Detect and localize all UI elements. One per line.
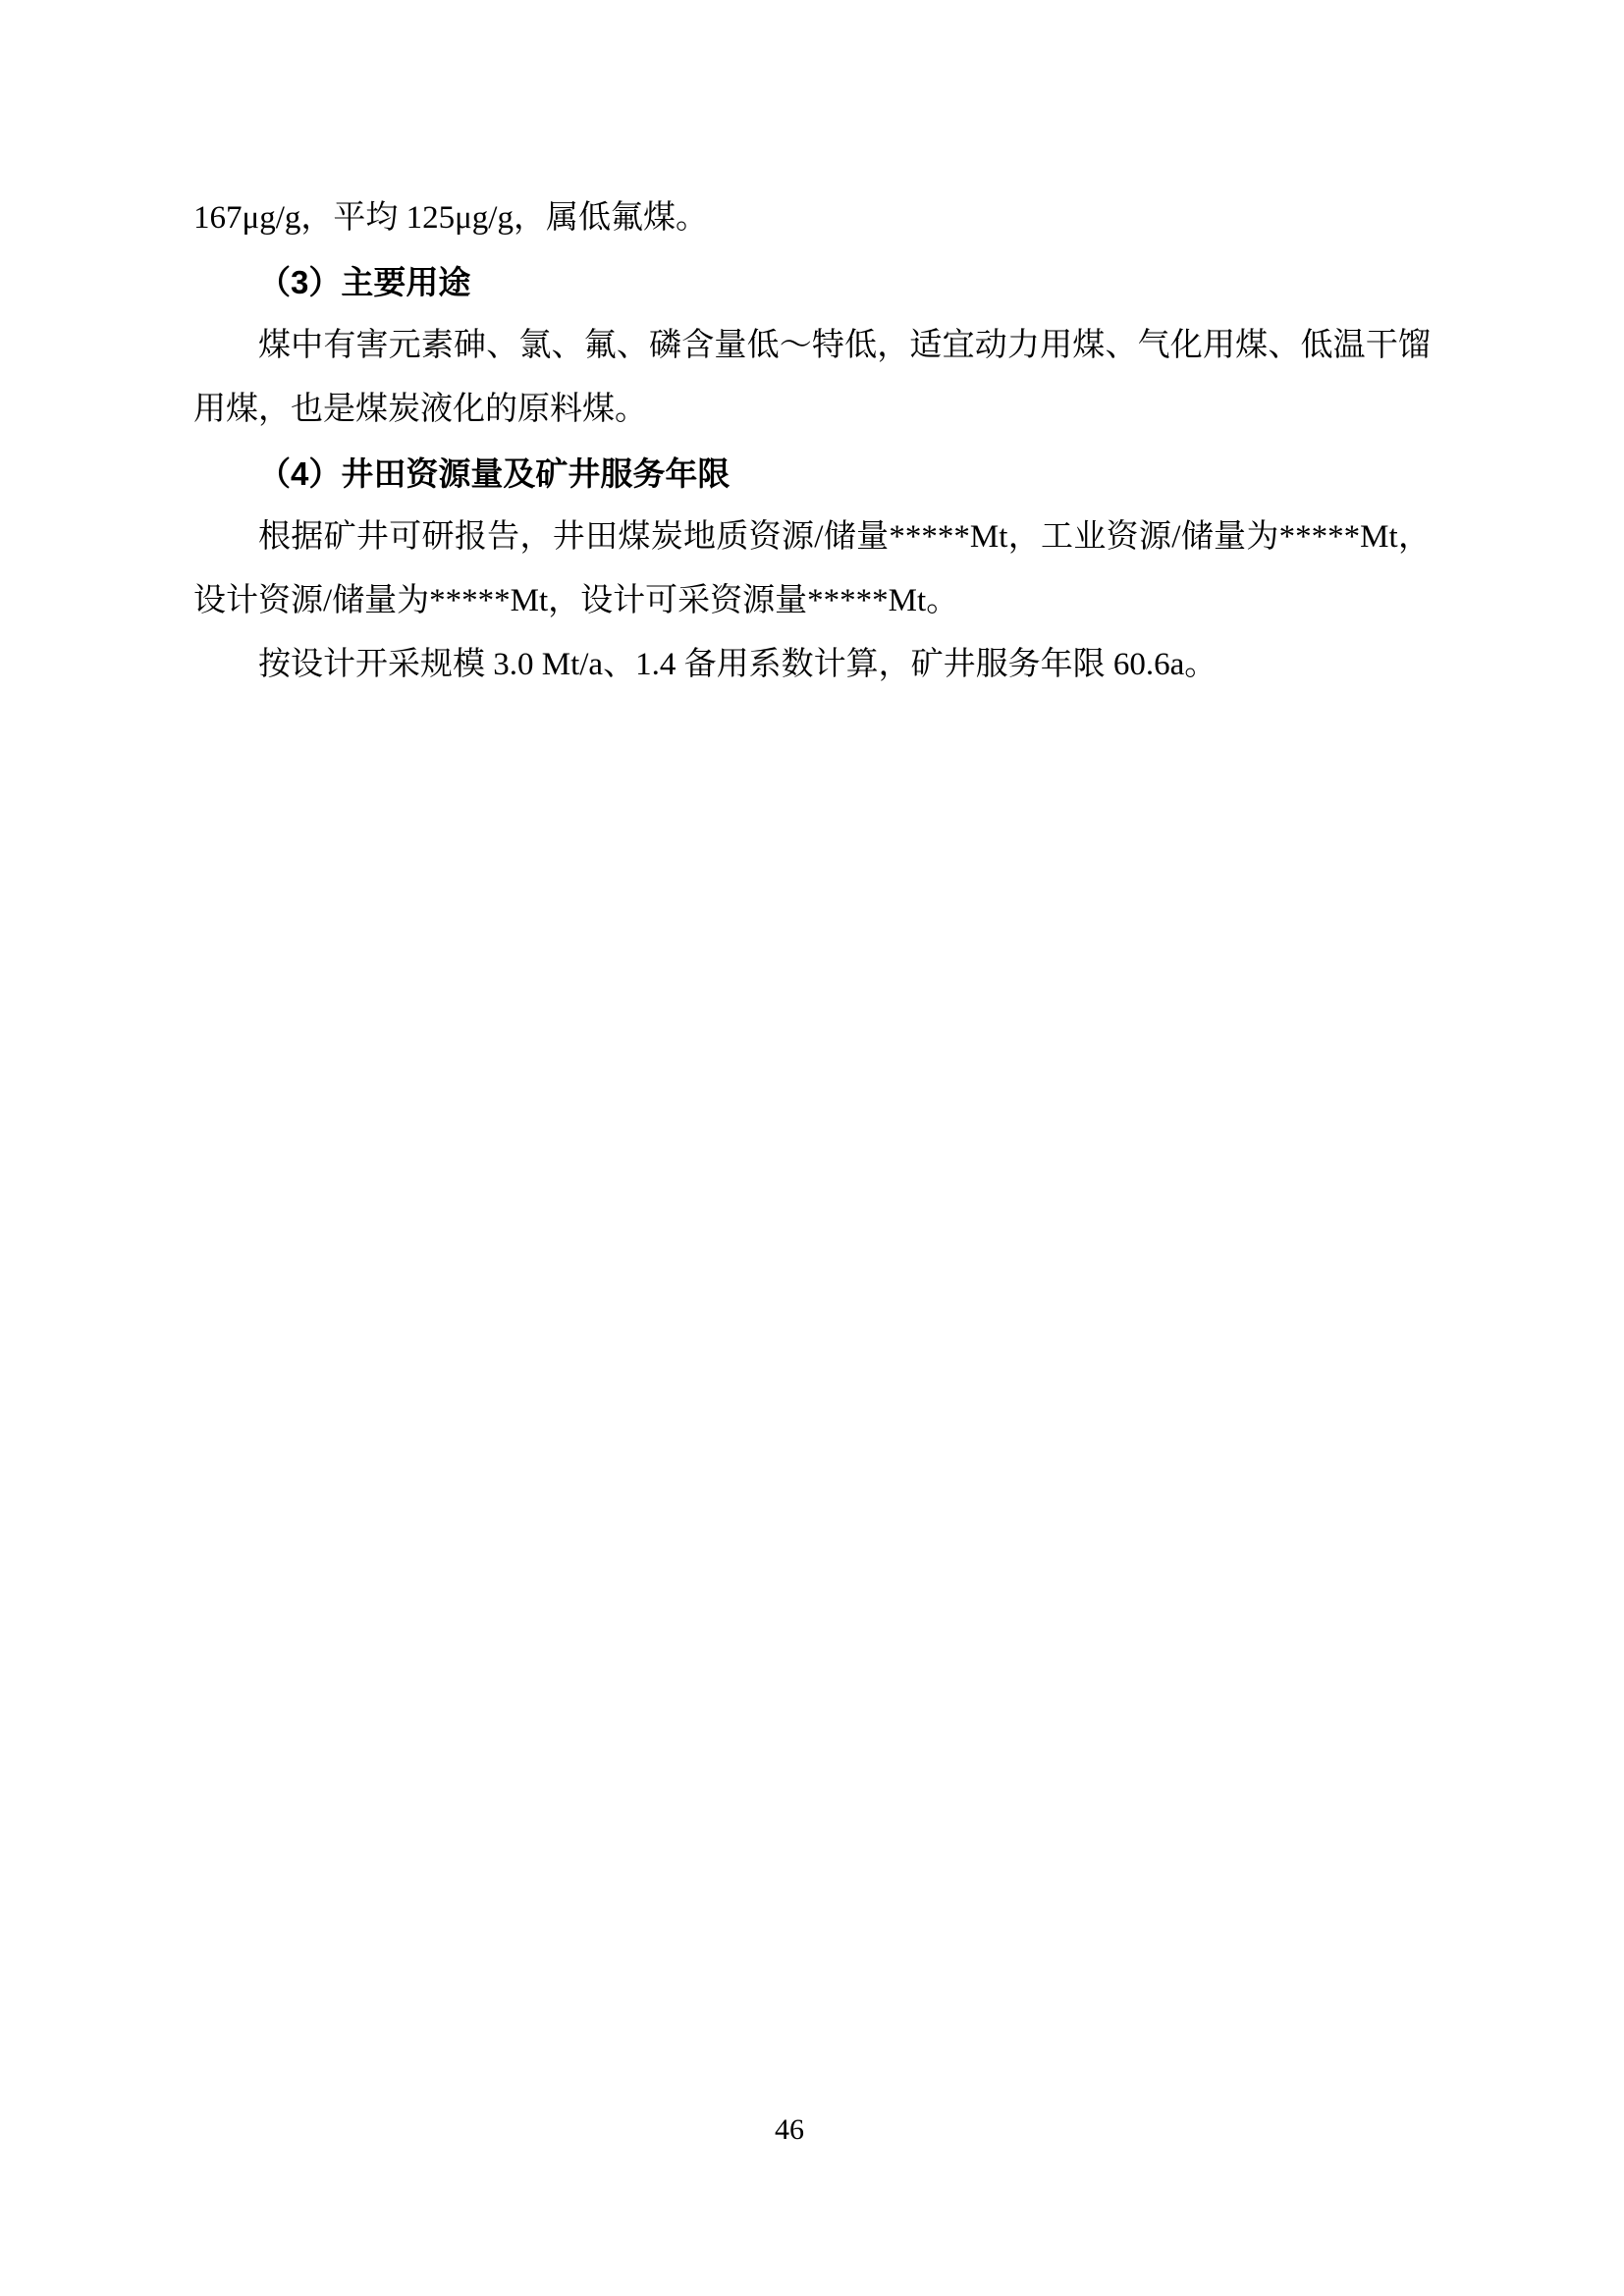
paragraph-line: 按设计开采规模 3.0 Mt/a、1.4 备用系数计算，矿井服务年限 60.6a… [193,633,1431,697]
paragraph-line: 煤中有害元素砷、氯、氟、磷含量低～特低，适宜动力用煤、气化用煤、低温干馏 [193,314,1431,378]
section-heading-4: （4）井田资源量及矿井服务年限 [193,442,1431,506]
paragraph-continuation-line: 设计资源/储量为*****Mt，设计可采资源量*****Mt。 [193,569,1431,633]
document-page: 167μg/g，平均 125μg/g，属低氟煤。 （3）主要用途 煤中有害元素砷… [0,0,1624,2296]
section-heading-3: （3）主要用途 [193,250,1431,314]
text-block: 167μg/g，平均 125μg/g，属低氟煤。 （3）主要用途 煤中有害元素砷… [193,187,1431,697]
paragraph-line: 根据矿井可研报告，井田煤炭地质资源/储量*****Mt，工业资源/储量为****… [193,506,1431,569]
paragraph-continuation-line: 用煤，也是煤炭液化的原料煤。 [193,378,1431,442]
paragraph-continuation-line: 167μg/g，平均 125μg/g，属低氟煤。 [193,187,1431,250]
page-number: 46 [0,2110,1579,2150]
